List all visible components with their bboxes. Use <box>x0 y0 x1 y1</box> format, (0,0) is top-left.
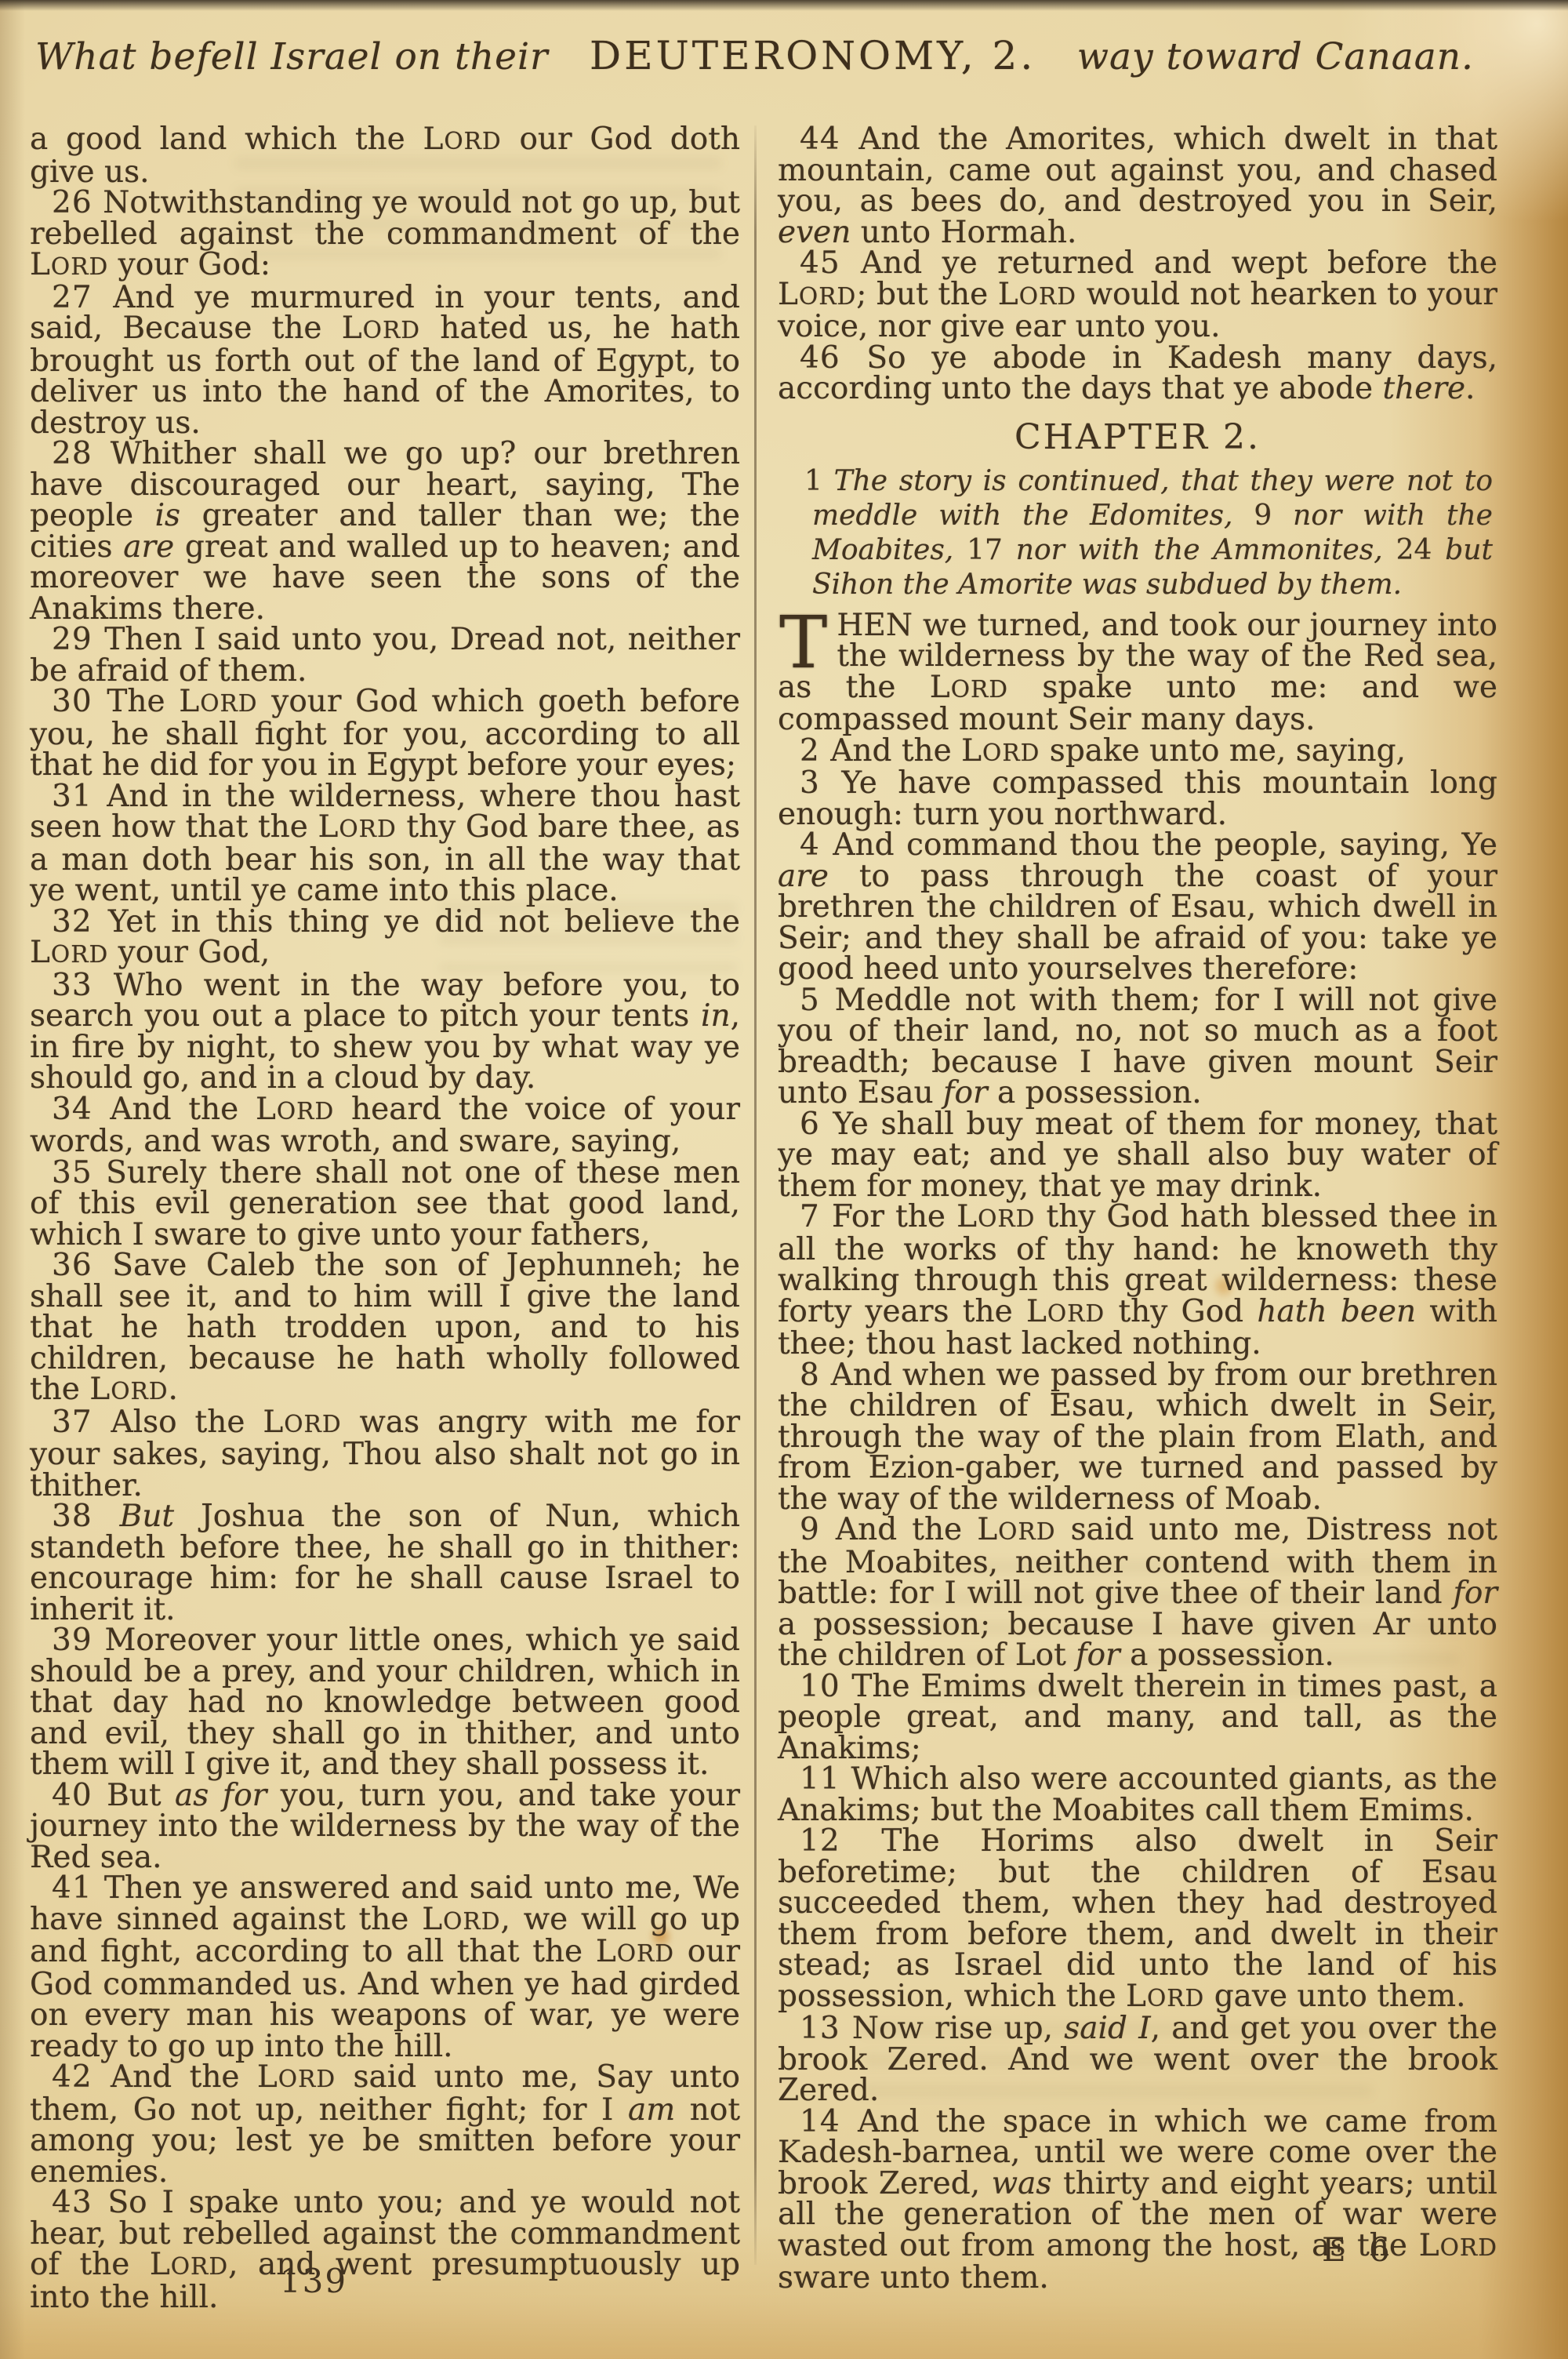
verse-5: 5 Meddle not with them; for I will not g… <box>778 985 1497 1109</box>
verse-13: 13 Now rise up, said I, and get you over… <box>778 2013 1497 2106</box>
verse-number: 30 <box>52 684 107 719</box>
verse-number: 34 <box>52 1092 110 1127</box>
verse-9: 9 And the LORD said unto me, Distress no… <box>778 1514 1497 1671</box>
verse-number: 40 <box>52 1778 107 1813</box>
verse-number: 46 <box>800 340 866 376</box>
small-caps-lord: LORD <box>1126 1979 1204 2014</box>
left-column-verses: a good land which the LORD our God doth … <box>30 124 740 2313</box>
verse-number: 37 <box>52 1405 111 1440</box>
printers-signature-mark: E 6 <box>1322 2230 1396 2269</box>
verse-number: 10 <box>800 1669 851 1704</box>
verse-1: THEN we turned, and took our journey int… <box>778 610 1497 736</box>
small-caps-lord: LORD <box>423 122 501 157</box>
verse-26: 26 Notwithstanding ye would not go up, b… <box>30 187 740 282</box>
verse-number: 8 <box>800 1358 831 1393</box>
small-caps-lord: LORD <box>150 2247 228 2282</box>
right-column-verses-chapter2: THEN we turned, and took our journey int… <box>778 610 1497 2294</box>
verse-number: 31 <box>52 779 107 814</box>
small-caps-lord: LORD <box>257 2059 336 2095</box>
verse-number: 4 <box>800 827 833 863</box>
column-divider-rule <box>754 125 757 2265</box>
verse-number: 38 <box>52 1499 120 1534</box>
small-caps-lord: LORD <box>342 311 420 346</box>
verse-33: 33 Who went in the way before you, to se… <box>30 970 740 1094</box>
verse-number: 44 <box>800 122 858 157</box>
small-caps-lord: LORD <box>930 670 1008 705</box>
small-caps-lord: LORD <box>1026 1294 1105 1329</box>
verse-11: 11 Which also were accounted giants, as … <box>778 1764 1497 1826</box>
verse-number: 2 <box>800 733 830 769</box>
verse-42: 42 And the LORD said unto me, Say unto t… <box>30 2062 740 2187</box>
verse-number: 28 <box>52 436 111 471</box>
verse-35: 35 Surely there shall not one of these m… <box>30 1158 740 1251</box>
verse-6: 6 Ye shall buy meat of them for money, t… <box>778 1109 1497 1202</box>
verse-number: 3 <box>800 765 841 801</box>
verse-number: 45 <box>800 245 861 281</box>
verse-8: 8 And when we passed by from our brethre… <box>778 1360 1497 1515</box>
small-caps-lord: LORD <box>89 1372 168 1407</box>
verse-number: 36 <box>52 1248 112 1283</box>
verse-number: 33 <box>52 968 114 1003</box>
verse-29: 29 Then I said unto you, Dread not, neit… <box>30 624 740 686</box>
verse-41: 41 Then ye answered and said unto me, We… <box>30 1873 740 2062</box>
verse-number: 11 <box>800 1761 851 1797</box>
left-column: a good land which the LORD our God doth … <box>30 124 740 2313</box>
verse-number: 42 <box>52 2059 111 2095</box>
verse-45: 45 And ye returned and wept before the L… <box>778 248 1497 343</box>
verse-number: 6 <box>800 1107 833 1142</box>
small-caps-lord: LORD <box>596 1934 674 1969</box>
small-caps-lord: LORD <box>422 1902 500 1937</box>
verse-2: 2 And the LORD spake unto me, saying, <box>778 736 1497 769</box>
small-caps-lord: LORD <box>956 1199 1035 1234</box>
verse-number: 43 <box>52 2185 107 2220</box>
verse-number: 41 <box>52 1870 104 1906</box>
verse-number: 13 <box>800 2011 852 2046</box>
small-caps-lord: LORD <box>256 1092 334 1127</box>
verse-31: 31 And in the wilderness, where thou has… <box>30 781 740 907</box>
verse-36: 36 Save Caleb the son of Jephunneh; he s… <box>30 1250 740 1407</box>
small-caps-lord: LORD <box>778 277 856 312</box>
verse-39: 39 Moreover your little ones, which ye s… <box>30 1625 740 1780</box>
small-caps-lord: LORD <box>30 935 108 970</box>
page-number: 139 <box>235 2262 392 2300</box>
verse-number: 9 <box>800 1512 836 1547</box>
verse-7: 7 For the LORD thy God hath blessed thee… <box>778 1201 1497 1360</box>
verse-27: 27 And ye murmured in your tents, and sa… <box>30 282 740 439</box>
verse-number: 29 <box>52 622 104 657</box>
running-header-title: DEUTERONOMY, 2. <box>590 33 1036 78</box>
small-caps-lord: LORD <box>179 684 257 719</box>
verse-46: 46 So ye abode in Kadesh many days, acco… <box>778 343 1497 405</box>
verse-37: 37 Also the LORD was angry with me for y… <box>30 1407 740 1502</box>
drop-cap-initial: T <box>778 610 837 671</box>
verse-number: 7 <box>800 1199 832 1234</box>
chapter-heading: CHAPTER 2. <box>778 419 1497 456</box>
verse-34: 34 And the LORD heard the voice of your … <box>30 1094 740 1158</box>
running-header-left: What befell Israel on their <box>35 35 548 78</box>
running-header: What befell Israel on their DEUTERONOMY,… <box>35 33 1474 78</box>
verse-number: 26 <box>52 185 103 220</box>
verse-10: 10 The Emims dwelt therein in times past… <box>778 1671 1497 1765</box>
verse-number: 5 <box>800 983 835 1018</box>
verse-28: 28 Whither shall we go up? our brethren … <box>30 438 740 624</box>
small-caps-lord: LORD <box>30 247 108 282</box>
small-caps-lord: LORD <box>1419 2228 1497 2263</box>
verse-30: 30 The LORD your God which goeth before … <box>30 686 740 781</box>
verse-number: 32 <box>52 904 108 940</box>
verse-number: 12 <box>800 1823 881 1859</box>
verse-32: 32 Yet in this thing ye did not believe … <box>30 907 740 970</box>
verse-number: 39 <box>52 1623 105 1658</box>
small-caps-lord: LORD <box>961 733 1040 769</box>
verse-12: 12 The Horims also dwelt in Seir beforet… <box>778 1826 1497 2013</box>
verse-number: 14 <box>800 2104 858 2139</box>
verse-44: 44 And the Amorites, which dwelt in that… <box>778 124 1497 248</box>
right-column: 44 And the Amorites, which dwelt in that… <box>778 124 1497 2294</box>
verse-4: 4 And command thou the people, saying, Y… <box>778 830 1497 985</box>
verse-40: 40 But as for you, turn you, and take yo… <box>30 1780 740 1874</box>
small-caps-lord: LORD <box>998 277 1076 312</box>
verse-continuation: a good land which the LORD our God doth … <box>30 124 740 187</box>
right-column-verses-chapter1: 44 And the Amorites, which dwelt in that… <box>778 124 1497 405</box>
small-caps-lord: LORD <box>977 1512 1055 1547</box>
small-caps-lord: LORD <box>263 1405 341 1440</box>
chapter-summary: 1 The story is continued, that they were… <box>778 464 1497 602</box>
running-header-right: way toward Canaan. <box>1077 35 1474 78</box>
verse-38: 38 But Joshua the son of Nun, which stan… <box>30 1501 740 1625</box>
verse-number: 27 <box>52 280 113 315</box>
small-caps-lord: LORD <box>318 809 396 845</box>
verse-number: 35 <box>52 1155 106 1190</box>
verse-3: 3 Ye have compassed this mountain long e… <box>778 768 1497 830</box>
bible-page-scan: What befell Israel on their DEUTERONOMY,… <box>0 0 1568 2359</box>
